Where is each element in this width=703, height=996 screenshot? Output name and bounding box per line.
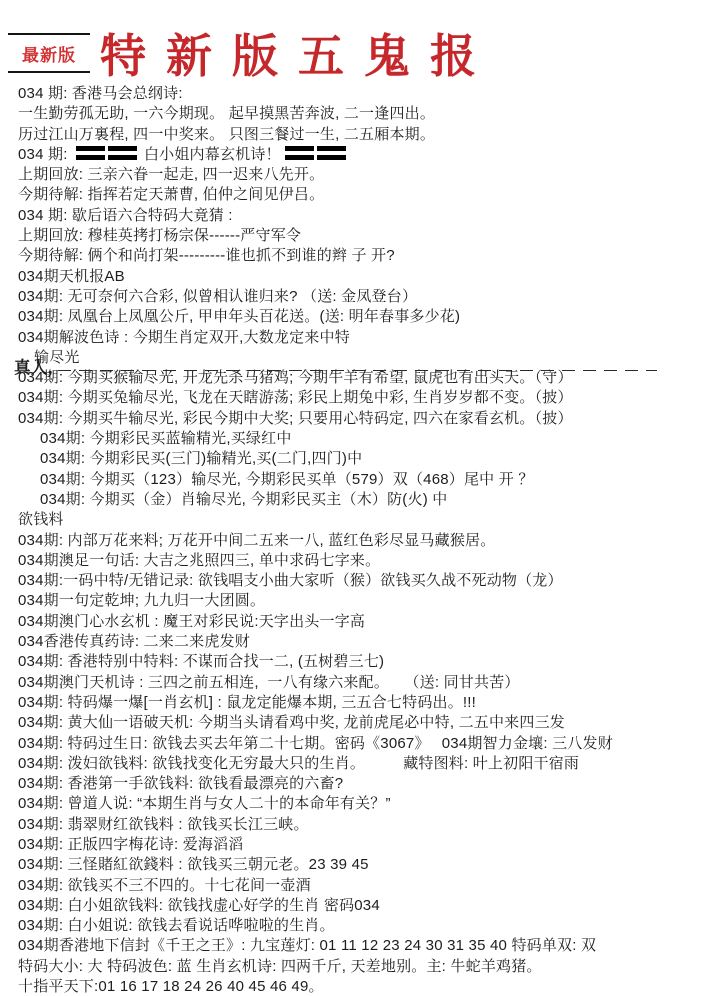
text-line: 034香港传真药诗: 二来二来虎发财: [0, 632, 703, 652]
text-line: 034期: 内部万花来料; 万花开中间二五来一八, 蓝红色彩尽显马藏猴居。: [0, 531, 703, 551]
text-line: 034期: 今期买（123）输尽光, 今期彩民买单（579）双（468）尾中 开…: [0, 470, 703, 490]
text-line: 034期: 凤凰台上凤凰公斤, 甲申年头百花送。(送: 明年春事多少花): [0, 307, 703, 327]
text-segment: 034 期:: [18, 146, 72, 163]
text-line: 034期:一码中特/无错记录: 欲钱唱支小曲大家听（猴）欲钱买久战不死动物（龙）: [0, 571, 703, 591]
text-line: 034期澳足一句话: 大吉之兆照四三, 单中求码七字来。: [0, 551, 703, 571]
text-line: 034期香港地下信封《千王之王》: 九宝莲灯: 01 11 12 23 24 3…: [0, 936, 703, 956]
text-line: 034期: 白小姐说: 欲钱去看说话哗啦啦的生肖。: [0, 916, 703, 936]
text-line: 上期回放: 三亲六眷一起走, 四一迟来八先开。: [0, 165, 703, 185]
text-segment: 白小姐内幕玄机诗！: [144, 146, 281, 163]
text-line: 034 期: 白小姐内幕玄机诗！: [0, 145, 703, 165]
text-line: 今期待解: 指挥若定天萧曹, 伯仲之间见伊吕。: [0, 185, 703, 205]
text-line: 034期: 曾道人说: “本期生肖与女人二十的本命年有关？”: [0, 794, 703, 814]
text-line: 上期回放: 穆桂英拷打杨宗保------严守军令: [0, 226, 703, 246]
page-title: 特新版五鬼报: [100, 20, 496, 86]
tip-sheet-body: 034 期: 香港马会总纲诗:一生勤劳孤无助, 一六今期现。 起早摸黑苦奔波, …: [0, 84, 703, 996]
latest-edition-badge: 最新版: [8, 33, 90, 73]
text-line: 034 期: 香港马会总纲诗:: [0, 84, 703, 104]
text-line: 034期: 今期彩民买(三门)输精光,买(二门,四门)中: [0, 449, 703, 469]
text-line: 034期: 翡翠财红欲钱料 : 欲钱买长江三峡。: [0, 815, 703, 835]
text-line: 一生勤劳孤无助, 一六今期现。 起早摸黑苦奔波, 二一逢四出。: [0, 104, 703, 124]
text-line: 034期: 无可奈何六合彩, 似曾相认谁归来? （送: 金凤登台）: [0, 287, 703, 307]
text-line: 034期: 今期彩民买蓝输精光,买绿红中: [0, 429, 703, 449]
text-line: 034期解波色诗 : 今期生肖定双开,大数龙定来中特: [0, 328, 703, 348]
text-line: 特码大小: 大 特码波色: 蓝 生肖玄机诗: 四两千斤, 天差地别。主: 牛蛇羊…: [0, 957, 703, 977]
text-line: 034期: 欲钱买不三不四的。十七花间一壶酒: [0, 876, 703, 896]
text-line: 今期待解: 俩个和尚打架---------谁也抓不到谁的辫 子 开?: [0, 246, 703, 266]
text-line: 034期澳门天机诗 : 三四之前五相连, 一八有缘六来配。 （送: 同甘共苦）: [0, 673, 703, 693]
text-line: 034期天机报AB: [0, 267, 703, 287]
page-header: 最新版 特新版五鬼报: [0, 0, 703, 84]
text-line: 034期澳门心水玄机 : 魔王对彩民说:天字出头一字高: [0, 612, 703, 632]
text-line: 历过江山万裏程, 四一中奖来。 只图三餐过一生, 二五厢本期。: [0, 125, 703, 145]
text-line: 034期: 今期买猴输尽光, 开龙先杀马猪鸡; 今期牛羊有希望, 鼠虎也有出头天…: [0, 368, 703, 388]
text-line: 034期一句定乾坤; 九九归一大团圆。: [0, 591, 703, 611]
double-bar-icon: [76, 146, 140, 166]
text-line: 034期: 特码过生日: 欲钱去买去年第二十七期。密码《3067》 034期智力…: [0, 734, 703, 754]
text-line: 034期: 泼妇欲钱料: 欲钱找变化无穷最大只的生肖。 藏特图料: 叶上初阳干宿…: [0, 754, 703, 774]
text-line: 034期: 白小姐欲钱料: 欲钱找虚心好学的生肖 密码034: [0, 896, 703, 916]
text-line: 034期: 今期买（金）肖输尽光, 今期彩民买主（木）防(火) 中: [0, 490, 703, 510]
text-line: 034期: 特码爆一爆[一肖玄机] : 鼠龙定能爆本期, 三五合七特码出。!!!: [0, 693, 703, 713]
text-line: 034期: 三怪賭紅欲錢料 : 欲钱买三朝元老。23 39 45: [0, 855, 703, 875]
double-bar-icon: [285, 146, 349, 166]
text-line: 034期: 香港特别中特料: 不谋而合找一二, (五树碧三七): [0, 652, 703, 672]
text-line: 十指平天下:01 16 17 18 24 26 40 45 46 49。: [0, 977, 703, 996]
text-line: 034期: 香港第一手欲钱料: 欲钱看最漂亮的六畜?: [0, 774, 703, 794]
text-line: 034期: 今期买牛输尽光, 彩民今期中大奖; 只要用心特码定, 四六在家看玄机…: [0, 409, 703, 429]
text-line: 034期: 正版四字梅花诗: 爱海滔滔: [0, 835, 703, 855]
text-line: 034期: 今期买兔输尽光, 飞龙在天瞎游荡; 彩民上期兔中彩, 生肖岁岁都不变…: [0, 388, 703, 408]
text-line: 034 期: 歇后语六合特码大竟猜 :: [0, 206, 703, 226]
text-line: 欲钱料: [0, 510, 703, 530]
text-line: 输尽光真人，: [0, 348, 703, 368]
overlap-text-ghost: 真人，: [14, 358, 64, 378]
text-line: 034期: 黄大仙一语破天机: 今期当头请看鸡中奖, 龙前虎尾必中特, 二五中来…: [0, 713, 703, 733]
